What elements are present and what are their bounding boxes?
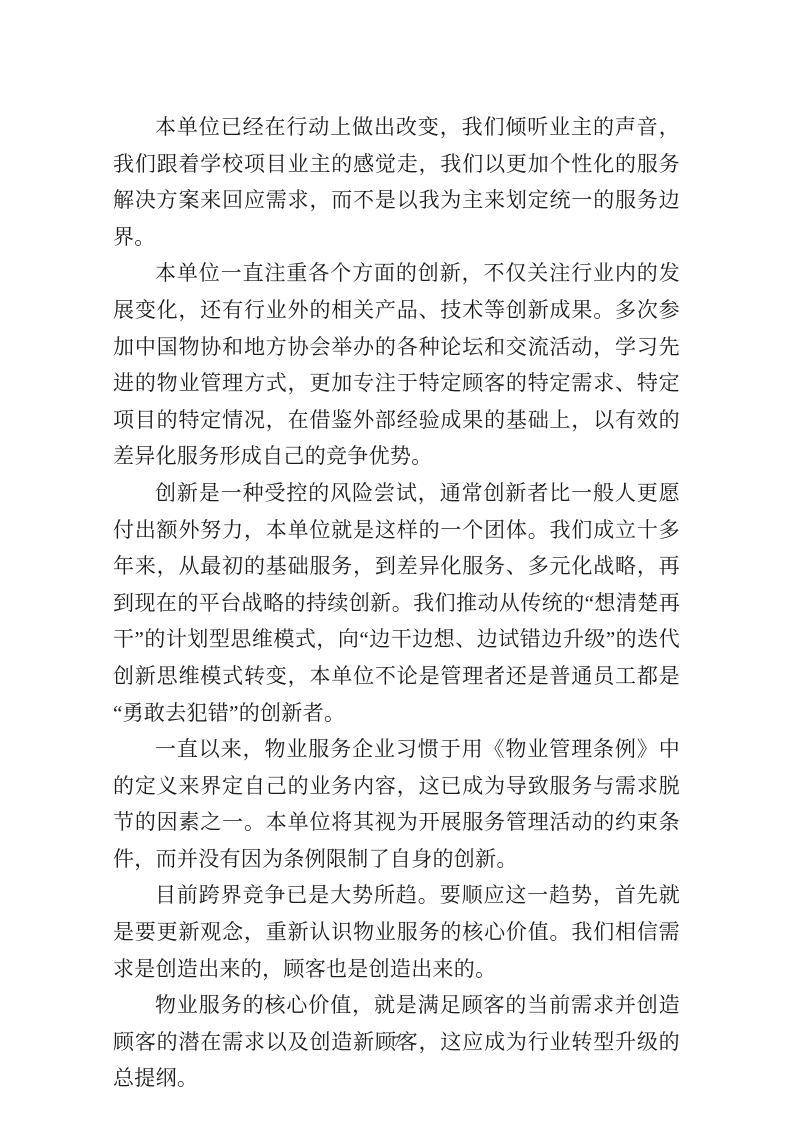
page-number: 7 <box>393 1034 401 1050</box>
document-page: 本单位已经在行动上做出改变，我们倾听业主的声音，我们跟着学校项目业主的感觉走，我… <box>0 0 794 1122</box>
page-footer: 7 <box>0 1033 794 1051</box>
document-body: 本单位已经在行动上做出改变，我们倾听业主的声音，我们跟着学校项目业主的感觉走，我… <box>113 109 680 1097</box>
paragraph: 本单位已经在行动上做出改变，我们倾听业主的声音，我们跟着学校项目业主的感觉走，我… <box>113 109 680 255</box>
paragraph: 创新是一种受控的风险尝试，通常创新者比一般人更愿付出额外努力，本单位就是这样的一… <box>113 475 680 731</box>
paragraph: 一直以来，物业服务企业习惯于用《物业管理条例》中的定义来界定自己的业务内容，这已… <box>113 731 680 877</box>
paragraph: 本单位一直注重各个方面的创新，不仅关注行业内的发展变化，还有行业外的相关产品、技… <box>113 255 680 475</box>
paragraph: 目前跨界竞争已是大势所趋。要顺应这一趋势，首先就是要更新观念，重新认识物业服务的… <box>113 877 680 987</box>
